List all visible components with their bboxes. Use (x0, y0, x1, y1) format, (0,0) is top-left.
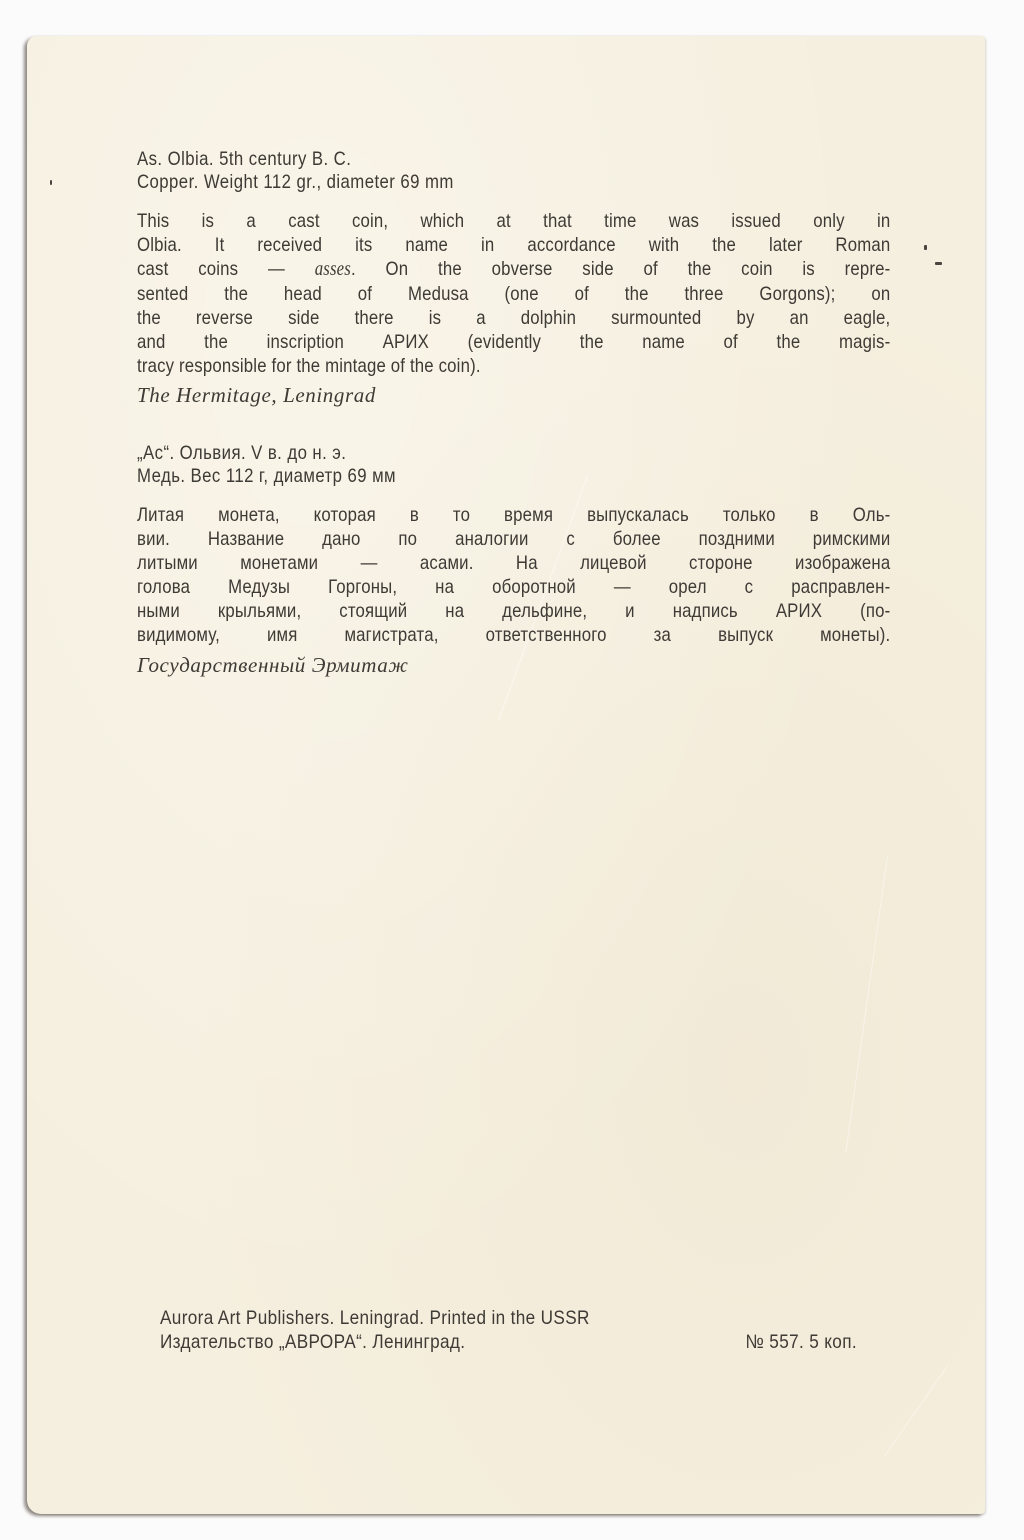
russian-description: Литая монета, которая в то время выпуска… (137, 503, 890, 647)
english-heading: As. Olbia. 5th century B. C. Copper. Wei… (137, 148, 890, 194)
english-section: As. Olbia. 5th century B. C. Copper. Wei… (137, 148, 890, 407)
publisher-english: Aurora Art Publishers. Leningrad. Printe… (160, 1306, 857, 1330)
description-line: the reverse side there is a dolphin surm… (137, 306, 890, 330)
description-line: Литая монета, которая в то время выпуска… (137, 503, 890, 527)
paper-crease (884, 1366, 948, 1457)
description-line: видимому, имя магистрата, ответственного… (137, 623, 890, 647)
italic-term: asses (315, 259, 351, 280)
print-speck (935, 262, 942, 265)
description-line: Olbia. It received its name in accordanc… (137, 233, 890, 257)
description-line: ными крыльями, стоящий на дельфине, и на… (137, 599, 890, 623)
coin-title: „Ас“. Ольвия. V в. до н. э. (137, 442, 785, 465)
catalog-number: № 557. 5 коп. (745, 1330, 857, 1354)
museum-credit: The Hermitage, Leningrad (137, 383, 890, 407)
description-line: голова Медузы Горгоны, на оборотной — ор… (137, 575, 890, 599)
description-line: tracy responsible for the mintage of the… (137, 354, 890, 378)
paper-crease (845, 856, 888, 1153)
description-line: This is a cast coin, which at that time … (137, 209, 890, 233)
russian-section: „Ас“. Ольвия. V в. до н. э. Медь. Вес 11… (137, 442, 890, 677)
russian-heading: „Ас“. Ольвия. V в. до н. э. Медь. Вес 11… (137, 442, 890, 488)
print-speck (50, 180, 52, 185)
museum-credit: Государственный Эрмитаж (137, 653, 890, 677)
description-line: литыми монетами — асами. На лицевой стор… (137, 551, 890, 575)
description-line: cast coins — asses. On the obverse side … (137, 257, 890, 282)
description-line: and the inscription АРИХ (evidently the … (137, 330, 890, 354)
description-line: вии. Название дано по аналогии с более п… (137, 527, 890, 551)
coin-specs: Copper. Weight 112 gr., diameter 69 mm (137, 171, 785, 194)
coin-title: As. Olbia. 5th century B. C. (137, 148, 785, 171)
print-speck (924, 245, 927, 250)
publisher-footer: Aurora Art Publishers. Leningrad. Printe… (160, 1306, 952, 1354)
english-description: This is a cast coin, which at that time … (137, 209, 890, 378)
publisher-russian-row: Издательство „АВРОРА“. Ленинград. № 557.… (160, 1330, 857, 1354)
publisher-russian: Издательство „АВРОРА“. Ленинград. (160, 1330, 465, 1354)
coin-specs: Медь. Вес 112 г, диаметр 69 мм (137, 465, 785, 488)
description-line: sented the head of Medusa (one of the th… (137, 282, 890, 306)
